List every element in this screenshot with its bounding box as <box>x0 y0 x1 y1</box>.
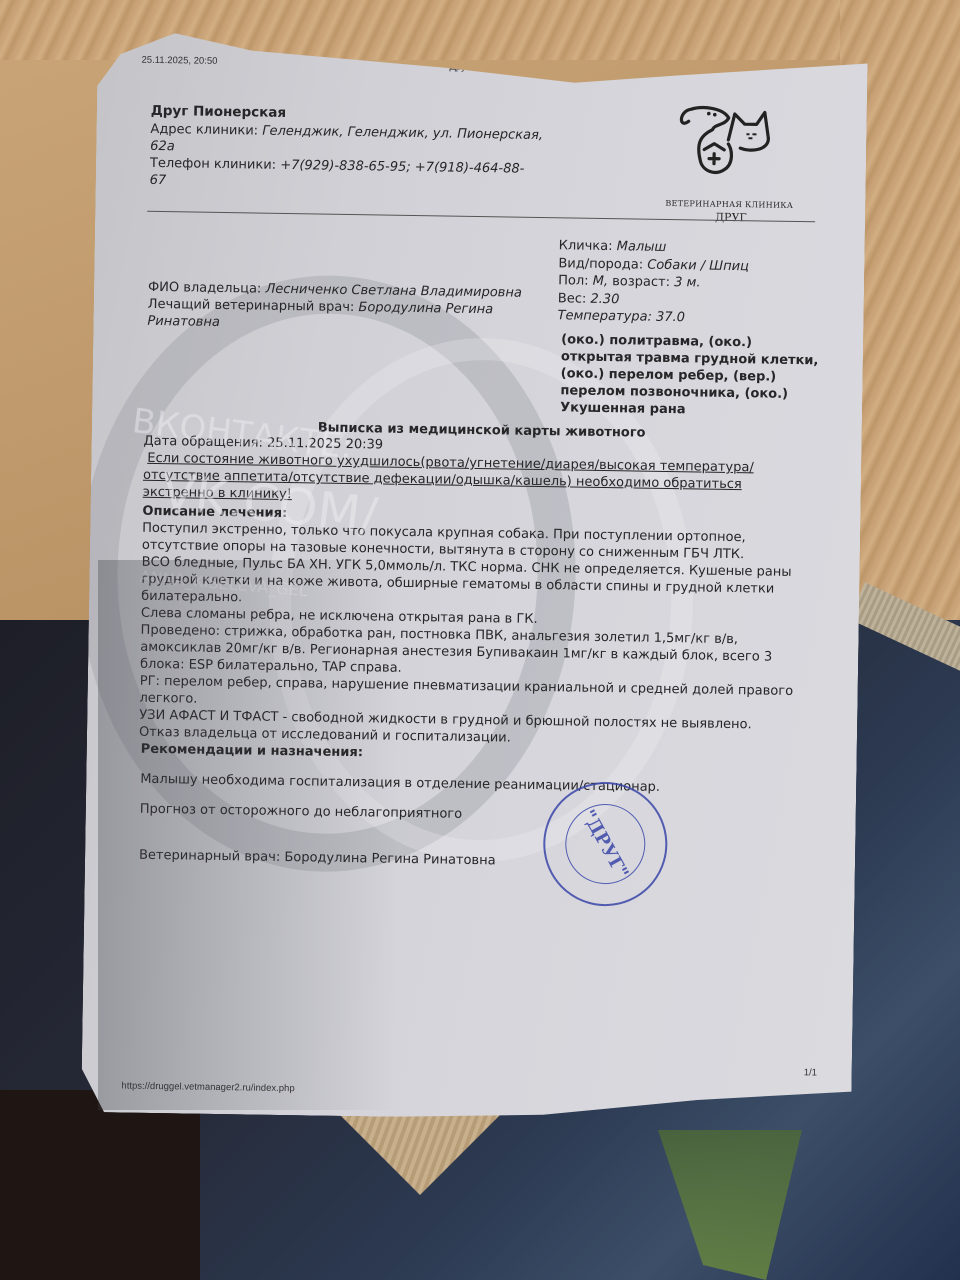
clinic-logo: ВЕТЕРИНАРНАЯ КЛИНИКА ДРУГ <box>667 99 799 225</box>
signature-line: Ветеринарный врач: Бородулина Регина Рин… <box>139 847 496 870</box>
logo-brand: ДРУГ <box>715 211 797 225</box>
age-label: возраст: <box>612 274 670 290</box>
owner-label: ФИО владельца: <box>148 280 262 297</box>
pet-name-value: Малыш <box>617 239 667 255</box>
weight-value: 2.30 <box>590 291 619 306</box>
clinic-phone: Телефон клиники: +7(929)-838-65-95; +7(9… <box>150 155 560 195</box>
temperature-value: 37.0 <box>656 310 685 325</box>
vet-value: Бородулина Регина <box>358 300 493 317</box>
dog-cat-shield-cross-icon <box>668 99 779 183</box>
prognosis: Прогноз от осторожного до неблагоприятно… <box>140 801 463 823</box>
diagnosis-list: (око.) политравма, (око.) открытая травм… <box>560 331 819 420</box>
print-datetime: 25.11.2025, 20:50 <box>141 55 217 67</box>
signature-value: Бородулина Регина Ринатовна <box>284 850 495 868</box>
visit-date-label: Дата обращения: <box>143 434 263 451</box>
logo-caption: ВЕТЕРИНАРНАЯ КЛИНИКА <box>665 199 797 210</box>
owner-info: ФИО владельца: Лесниченко Светлана Влади… <box>147 279 568 337</box>
clinic-address-value-cont: 62а <box>150 139 175 154</box>
clinic-phone-value-cont: 67 <box>150 173 167 188</box>
clinic-address-value: Геленджик, Геленджик, ул. Пионерская, <box>262 124 543 143</box>
signature-label: Ветеринарный врач: <box>139 848 280 865</box>
print-page-title: Друг Пионерская - ВетМенеджер 2.0 <box>449 62 610 76</box>
pet-name-label: Кличка: <box>559 238 613 254</box>
species-value: Собаки / Шпиц <box>647 257 749 274</box>
printed-document: 25.11.2025, 20:50 Друг Пионерская - ВетМ… <box>81 32 868 1124</box>
temperature-label: Температура: <box>557 308 652 324</box>
clinic-phone-value: +7(929)-838-65-95; +7(918)-464-88- <box>280 158 524 177</box>
stamp-inner-ring <box>551 790 660 899</box>
clinic-name: Друг Пионерская <box>151 103 287 121</box>
visit-date-value: 25.11.2025 20:39 <box>267 436 383 453</box>
warning-notice: Если состояние животного ухудшилось(рвот… <box>143 450 844 512</box>
clinic-address-label: Адрес клиники: <box>150 122 258 139</box>
age-value: 3 м. <box>674 275 701 290</box>
clinic-phone-label: Телефон клиники: <box>150 156 276 173</box>
print-url: https://druggel.vetmanager2.ru/index.php <box>121 1080 294 1094</box>
species-label: Вид/порода: <box>558 256 643 272</box>
page-number: 1/1 <box>804 1067 817 1078</box>
sex-value: М, <box>593 274 609 289</box>
treatment-description: Поступил экстренно, только что покусала … <box>139 520 852 752</box>
patient-info: Кличка: Малыш Вид/порода: Собаки / Шпиц … <box>557 237 749 327</box>
dark-floor <box>0 1090 200 1280</box>
recommendations-heading: Рекомендации и назначения: <box>141 741 364 761</box>
